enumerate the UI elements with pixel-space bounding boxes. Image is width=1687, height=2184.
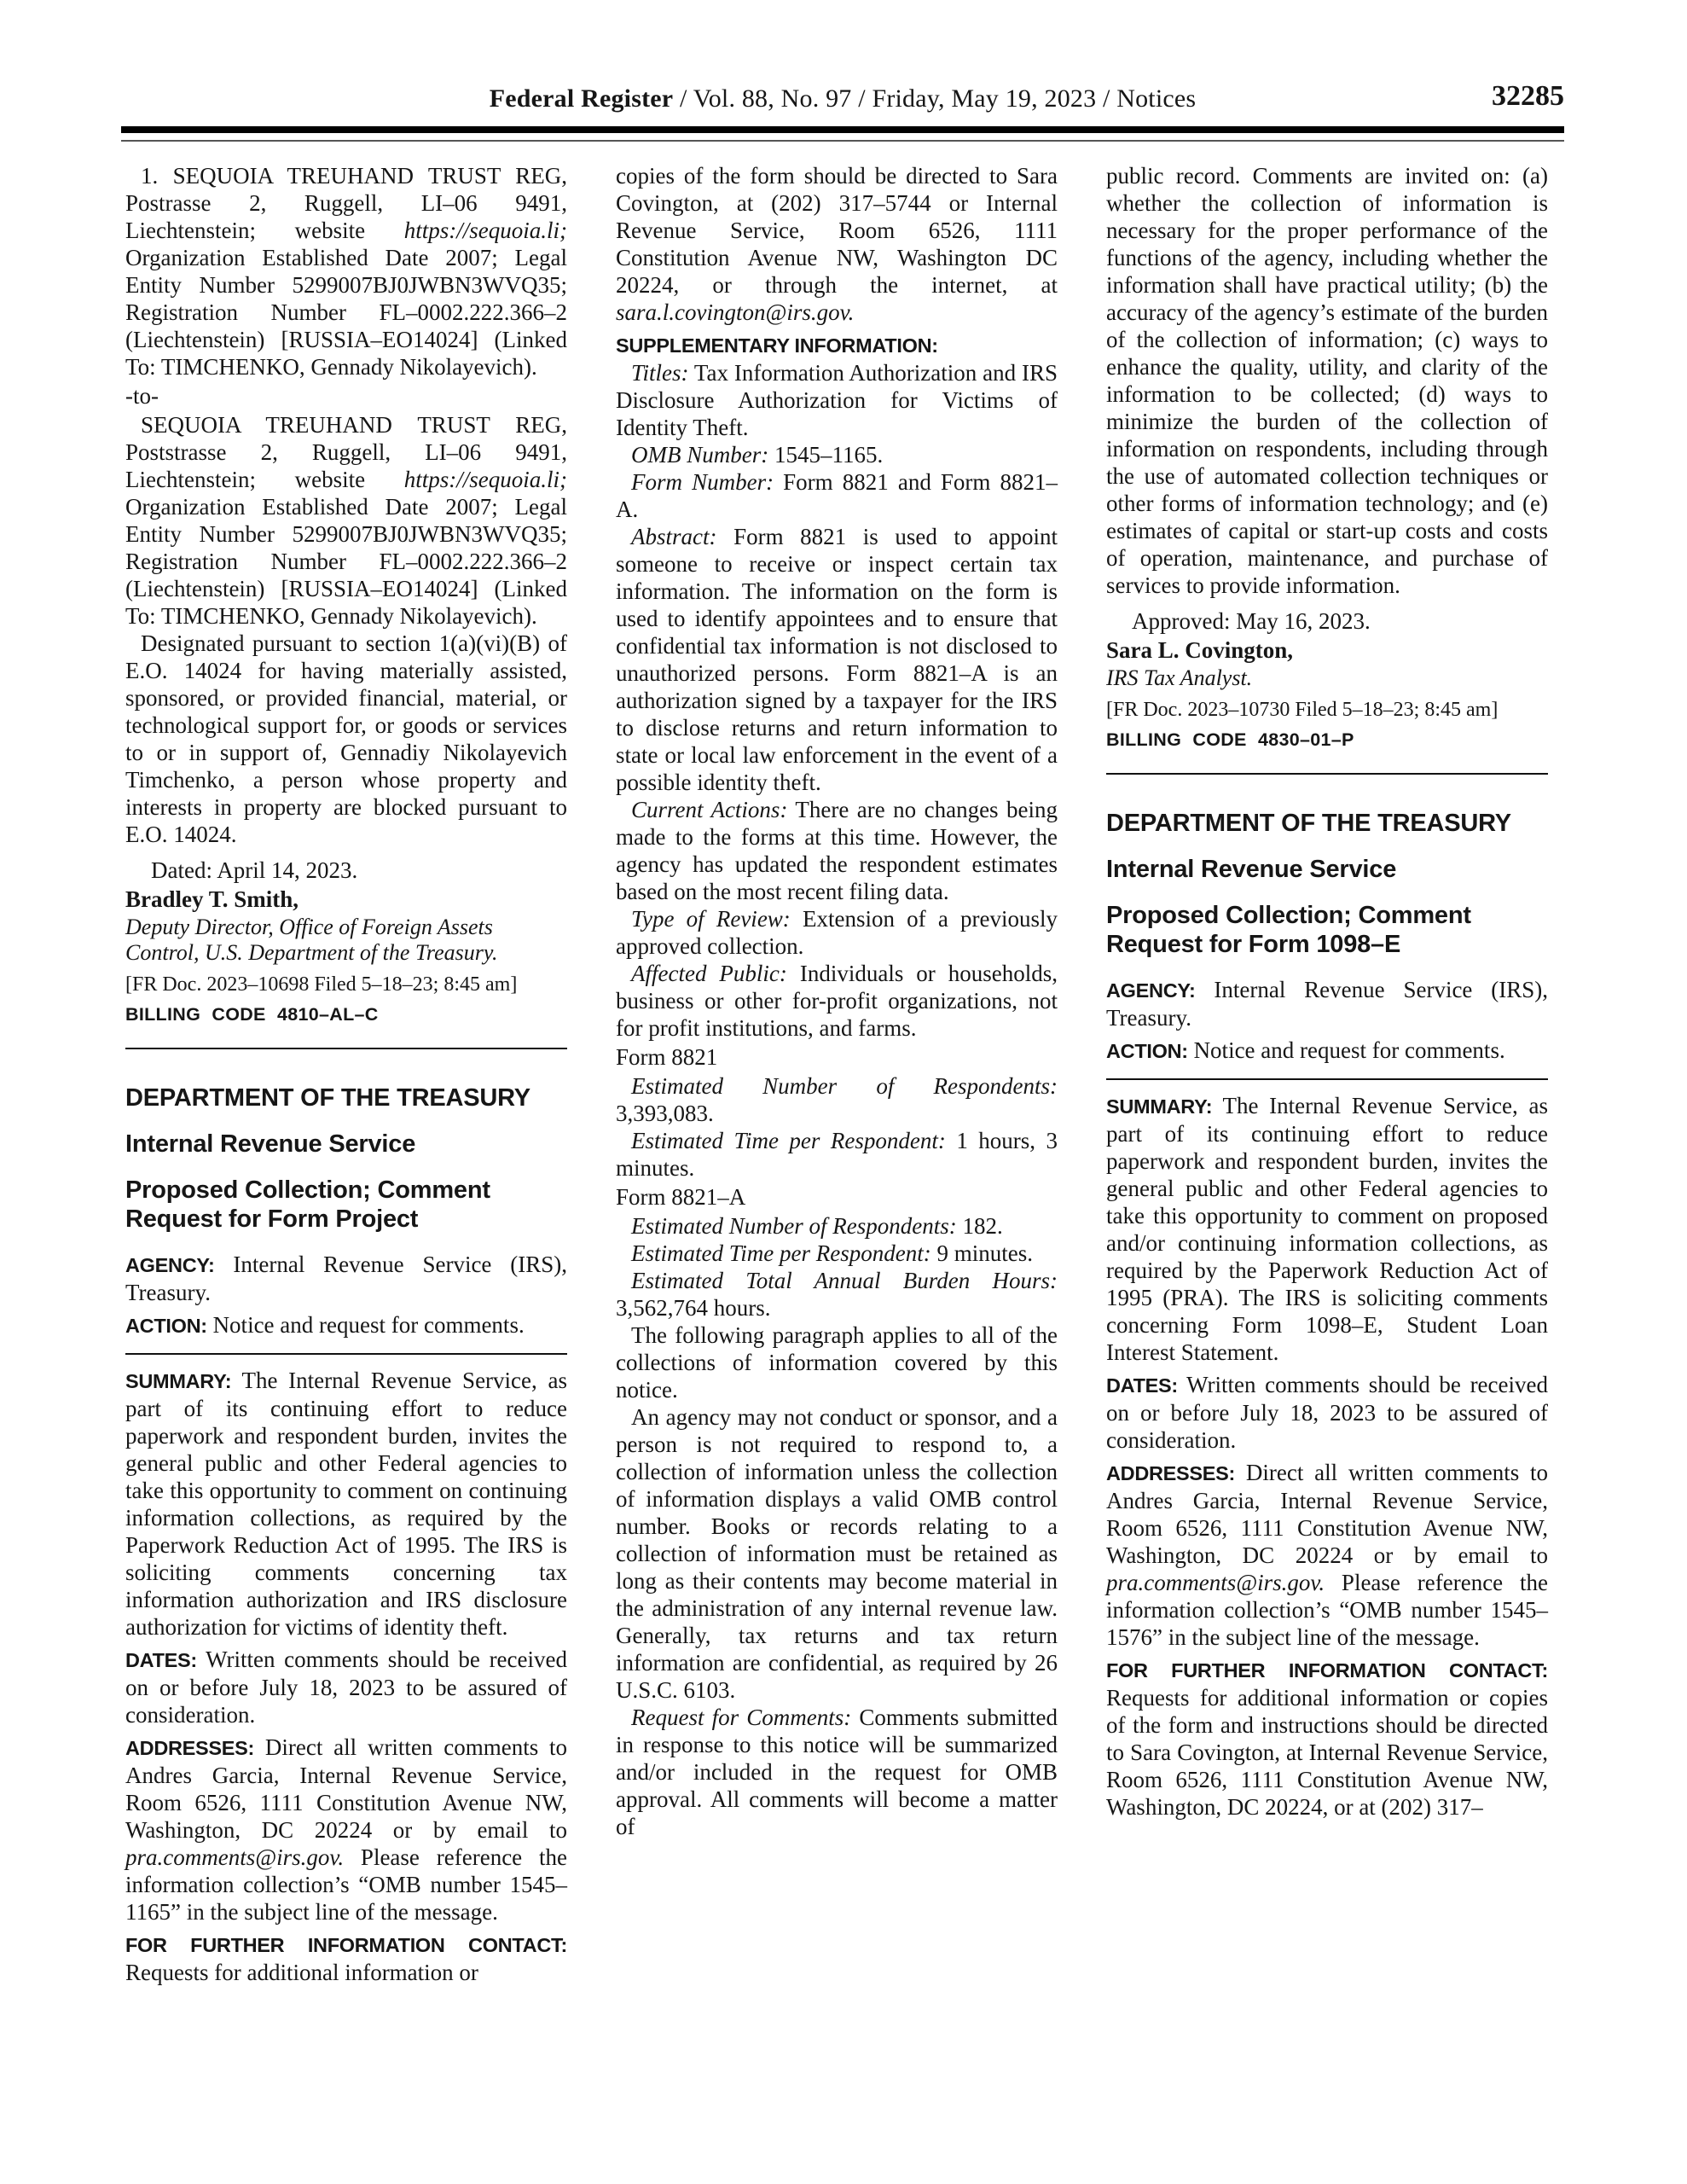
supplementary-info-label: SUPPLEMENTARY INFORMATION:: [616, 331, 1058, 359]
summary-section: SUMMARY: The Internal Revenue Service, a…: [125, 1367, 567, 1641]
text-run: Proposed Collection; Comment Request for…: [125, 1176, 490, 1233]
text-run: The Internal Revenue Service, as part of…: [1106, 1093, 1548, 1365]
preamble-rule: [1106, 1078, 1548, 1080]
text-run: 3,393,083.: [616, 1101, 714, 1126]
billing-code: BILLING CODE 4830–01–P: [1106, 729, 1548, 751]
header-rule-thick: [121, 126, 1564, 133]
body-paragraph: Estimated Time per Respondent: 1 hours, …: [616, 1127, 1058, 1182]
text-run: DEPARTMENT OF THE TREASURY: [125, 1084, 530, 1112]
preamble-label: FOR FURTHER INFORMATION CONTACT:: [1106, 1659, 1548, 1682]
text-run: Form 8821: [616, 1044, 717, 1070]
text-run: 1545–1165.: [768, 442, 883, 468]
preamble-label: ACTION:: [125, 1315, 207, 1337]
body-paragraph: SEQUOIA TREUHAND TRUST REG, Poststrasse …: [125, 411, 567, 630]
document-page: Federal Register / Vol. 88, No. 97 / Fri…: [0, 0, 1687, 2184]
body-paragraph: Request for Comments: Comments submitted…: [616, 1704, 1058, 1840]
text-run: Internal Revenue Service: [1106, 856, 1396, 883]
body-paragraph: Form Number: Form 8821 and Form 8821–A.: [616, 468, 1058, 523]
text-run: 182.: [957, 1213, 1003, 1239]
body-paragraph: Affected Public: Individuals or househol…: [616, 960, 1058, 1042]
text-run: The following paragraph applies to all o…: [616, 1322, 1058, 1403]
text-run: Notice and request for comments.: [1188, 1037, 1505, 1063]
signature-title: Deputy Director, Office of Foreign Asset…: [125, 915, 567, 966]
text-run: Estimated Total Annual Burden Hours:: [631, 1268, 1058, 1293]
text-run: DEPARTMENT OF THE TREASURY: [1106, 810, 1511, 837]
text-run: Estimated Number of Respondents:: [631, 1073, 1058, 1099]
billing-code: BILLING CODE 4810–AL–C: [125, 1003, 567, 1025]
body-paragraph: Form 8821: [616, 1043, 1058, 1071]
preamble-label: DATES:: [1106, 1374, 1178, 1397]
action-line: ACTION: Notice and request for comments.: [1106, 1037, 1548, 1065]
signature-name: Bradley T. Smith,: [125, 886, 567, 913]
body-paragraph: Estimated Time per Respondent: 9 minutes…: [616, 1240, 1058, 1267]
text-run: sara.l.covington@irs.gov.: [616, 299, 854, 325]
text-run: Requests for additional information or c…: [1106, 1685, 1548, 1820]
body-paragraph: Abstract: Form 8821 is used to appoint s…: [616, 523, 1058, 796]
notice-title: Proposed Collection; Comment Request for…: [125, 1176, 567, 1234]
body-paragraph: public record. Comments are invited on: …: [1106, 162, 1548, 599]
body-paragraph: Type of Review: Extension of a previousl…: [616, 905, 1058, 960]
preamble-label: ADDRESSES:: [1106, 1462, 1235, 1484]
text-run: Affected Public:: [631, 961, 787, 986]
agency-line: AGENCY: Internal Revenue Service (IRS), …: [1106, 976, 1548, 1031]
body-paragraph: OMB Number: 1545–1165.: [616, 441, 1058, 468]
text-run: Request for Comments:: [631, 1705, 851, 1730]
text-run: pra.comments@irs.gov.: [125, 1844, 344, 1870]
preamble-label: SUMMARY:: [1106, 1095, 1212, 1118]
text-run: Current Actions:: [631, 797, 787, 822]
department-heading: DEPARTMENT OF THE TREASURY: [1106, 809, 1548, 838]
text-run: 3,562,764 hours.: [616, 1295, 771, 1321]
text-columns: 1. SEQUOIA TREUHAND TRUST REG, Postrasse…: [125, 162, 1548, 1986]
action-line: ACTION: Notice and request for comments.: [125, 1311, 567, 1339]
column-3: public record. Comments are invited on: …: [1106, 162, 1548, 1986]
body-paragraph: 1. SEQUOIA TREUHAND TRUST REG, Postrasse…: [125, 162, 567, 380]
column-1: 1. SEQUOIA TREUHAND TRUST REG, Postrasse…: [125, 162, 567, 1986]
text-run: Organization Established Date 2007; Lega…: [125, 494, 567, 629]
preamble-label: SUPPLEMENTARY INFORMATION:: [616, 334, 938, 357]
dates-section: DATES: Written comments should be receiv…: [125, 1646, 567, 1728]
preamble-label: ACTION:: [1106, 1040, 1188, 1062]
text-run: Form 8821 is used to appoint someone to …: [616, 524, 1058, 795]
body-paragraph: Estimated Total Annual Burden Hours: 3,5…: [616, 1267, 1058, 1321]
text-run: Abstract:: [631, 524, 717, 549]
body-paragraph: Estimated Number of Respondents: 3,393,0…: [616, 1072, 1058, 1127]
body-paragraph: Estimated Number of Respondents: 182.: [616, 1212, 1058, 1240]
text-run: https://sequoia.li;: [404, 218, 567, 243]
text-run: Proposed Collection; Comment Request for…: [1106, 902, 1471, 958]
text-run: Internal Revenue Service: [125, 1130, 415, 1158]
body-paragraph: Titles: Tax Information Authorization an…: [616, 359, 1058, 441]
text-run: OMB Number:: [631, 442, 768, 468]
preamble-label: ADDRESSES:: [125, 1737, 254, 1759]
agency-heading: Internal Revenue Service: [1106, 855, 1548, 884]
dated-line: Dated: April 14, 2023.: [125, 857, 567, 884]
body-paragraph: An agency may not conduct or sponsor, an…: [616, 1403, 1058, 1704]
issue-info: / Vol. 88, No. 97 / Friday, May 19, 2023…: [673, 84, 1196, 113]
addresses-section: ADDRESSES: Direct all written comments t…: [1106, 1459, 1548, 1651]
text-run: public record. Comments are invited on: …: [1106, 163, 1548, 598]
header-citation: Federal Register / Vol. 88, No. 97 / Fri…: [121, 84, 1564, 114]
dated-line: Approved: May 16, 2023.: [1106, 607, 1548, 635]
preamble-label: AGENCY:: [1106, 979, 1196, 1002]
fr-doc-line: [FR Doc. 2023–10698 Filed 5–18–23; 8:45 …: [125, 973, 567, 996]
agency-heading: Internal Revenue Service: [125, 1130, 567, 1159]
body-paragraph: The following paragraph applies to all o…: [616, 1321, 1058, 1403]
notice-separator-rule: [1106, 773, 1548, 775]
column-2: copies of the form should be directed to…: [616, 162, 1058, 1986]
summary-section: SUMMARY: The Internal Revenue Service, a…: [1106, 1092, 1548, 1366]
header-rule-thin: [121, 140, 1564, 142]
body-paragraph: Designated pursuant to section 1(a)(vi)(…: [125, 630, 567, 848]
preamble-label: SUMMARY:: [125, 1370, 231, 1392]
text-run: The Internal Revenue Service, as part of…: [125, 1368, 567, 1640]
text-run: pra.comments@irs.gov.: [1106, 1570, 1325, 1595]
text-run: Organization Established Date 2007; Lega…: [125, 245, 567, 380]
text-run: Form 8821–A: [616, 1184, 745, 1210]
body-paragraph: Form 8821–A: [616, 1183, 1058, 1211]
text-run: An agency may not conduct or sponsor, an…: [616, 1404, 1058, 1703]
text-run: copies of the form should be directed to…: [616, 163, 1058, 298]
text-run: Titles:: [631, 360, 689, 386]
body-paragraph: Current Actions: There are no changes be…: [616, 796, 1058, 905]
page-header: Federal Register / Vol. 88, No. 97 / Fri…: [121, 84, 1564, 119]
body-paragraph: -to-: [125, 382, 567, 409]
text-run: Estimated Number of Respondents:: [631, 1213, 957, 1239]
preamble-rule: [125, 1353, 567, 1355]
addresses-section: ADDRESSES: Direct all written comments t…: [125, 1734, 567, 1926]
text-run: Type of Review:: [631, 906, 791, 932]
preamble-label: FOR FURTHER INFORMATION CONTACT:: [125, 1934, 567, 1956]
text-run: Notice and request for comments.: [207, 1312, 525, 1338]
text-run: Estimated Time per Respondent:: [631, 1240, 931, 1266]
signature-title: IRS Tax Analyst.: [1106, 665, 1548, 691]
dates-section: DATES: Written comments should be receiv…: [1106, 1371, 1548, 1454]
text-run: -to-: [125, 383, 159, 409]
further-info-section: FOR FURTHER INFORMATION CONTACT: Request…: [1106, 1656, 1548, 1821]
text-run: Designated pursuant to section 1(a)(vi)(…: [125, 630, 567, 847]
text-run: Estimated Time per Respondent:: [631, 1128, 946, 1153]
preamble-label: AGENCY:: [125, 1254, 215, 1276]
notice-separator-rule: [125, 1048, 567, 1049]
agency-line: AGENCY: Internal Revenue Service (IRS), …: [125, 1251, 567, 1306]
journal-name: Federal Register: [490, 84, 674, 113]
text-run: Requests for additional information or: [125, 1960, 478, 1985]
page-number: 32285: [1492, 81, 1564, 112]
text-run: 9 minutes.: [931, 1240, 1033, 1266]
text-run: https://sequoia.li;: [404, 467, 567, 492]
body-paragraph: copies of the form should be directed to…: [616, 162, 1058, 326]
notice-title: Proposed Collection; Comment Request for…: [1106, 901, 1548, 959]
further-info-section: FOR FURTHER INFORMATION CONTACT: Request…: [125, 1931, 567, 1986]
fr-doc-line: [FR Doc. 2023–10730 Filed 5–18–23; 8:45 …: [1106, 698, 1548, 722]
signature-name: Sara L. Covington,: [1106, 636, 1548, 664]
department-heading: DEPARTMENT OF THE TREASURY: [125, 1083, 567, 1112]
preamble-label: DATES:: [125, 1649, 197, 1671]
text-run: Form Number:: [631, 469, 774, 495]
